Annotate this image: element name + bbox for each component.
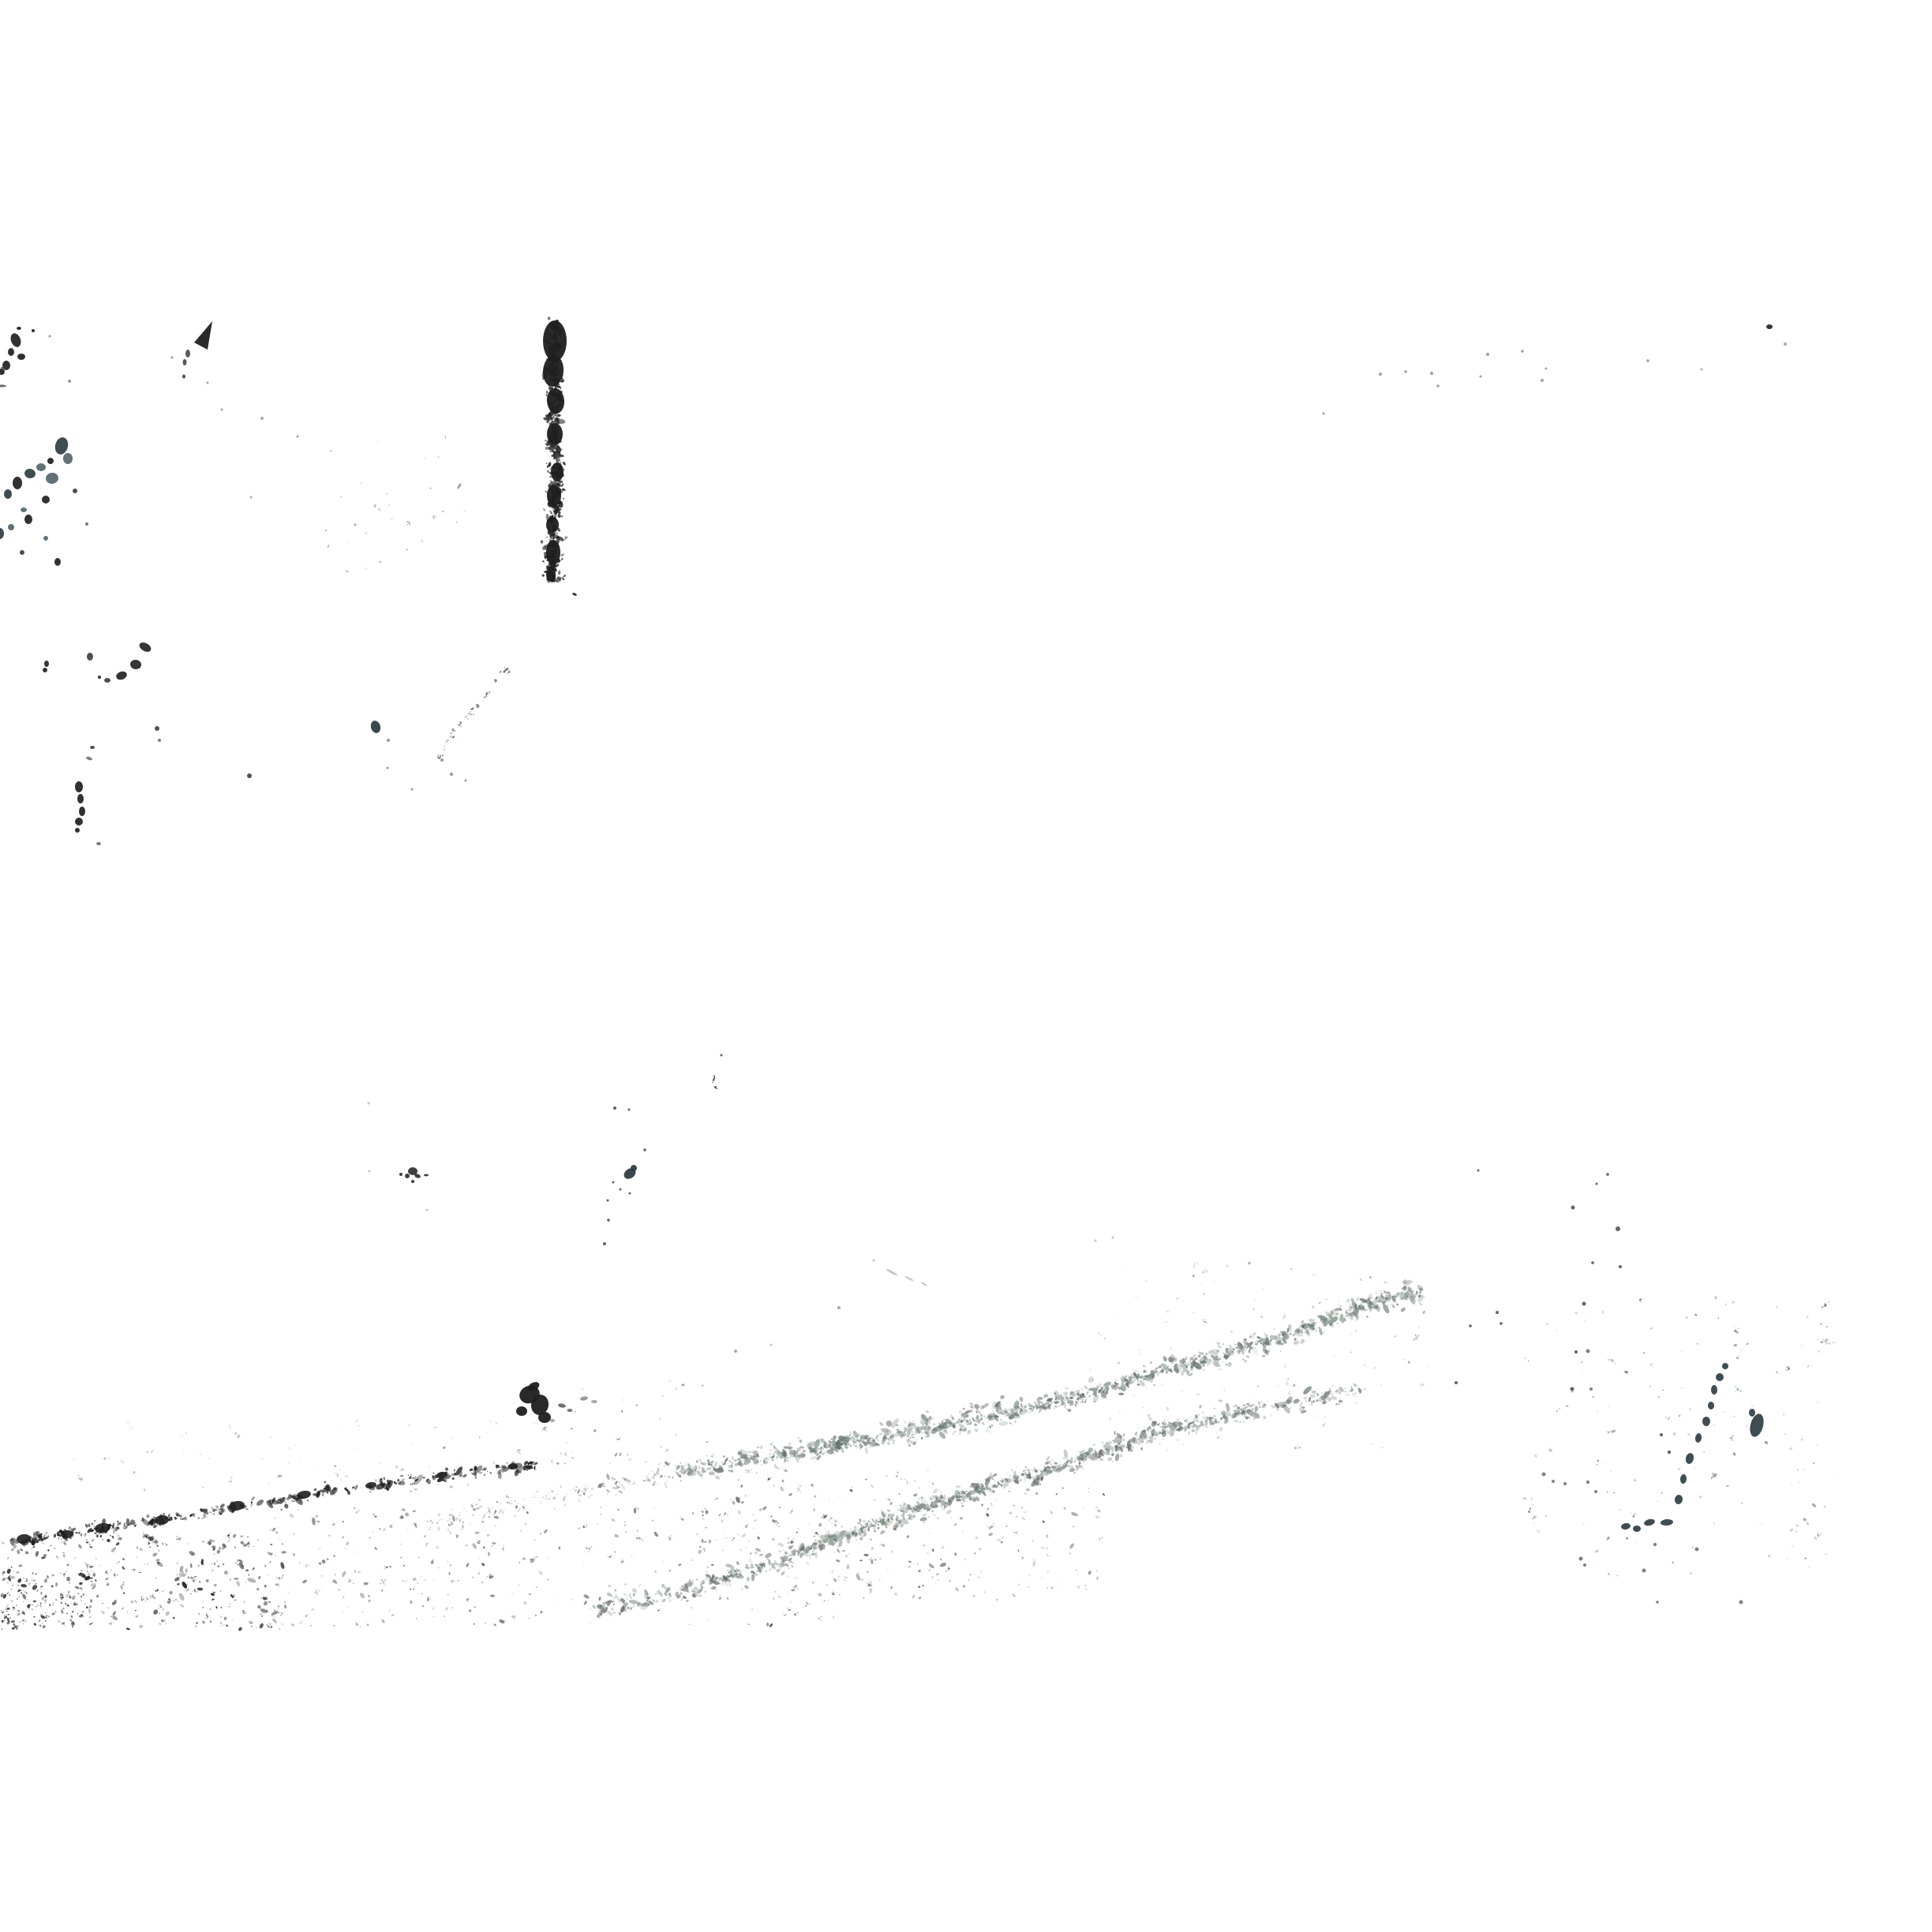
grunge-texture-svg xyxy=(0,0,1932,1932)
grunge-texture-canvas xyxy=(0,0,1932,1932)
